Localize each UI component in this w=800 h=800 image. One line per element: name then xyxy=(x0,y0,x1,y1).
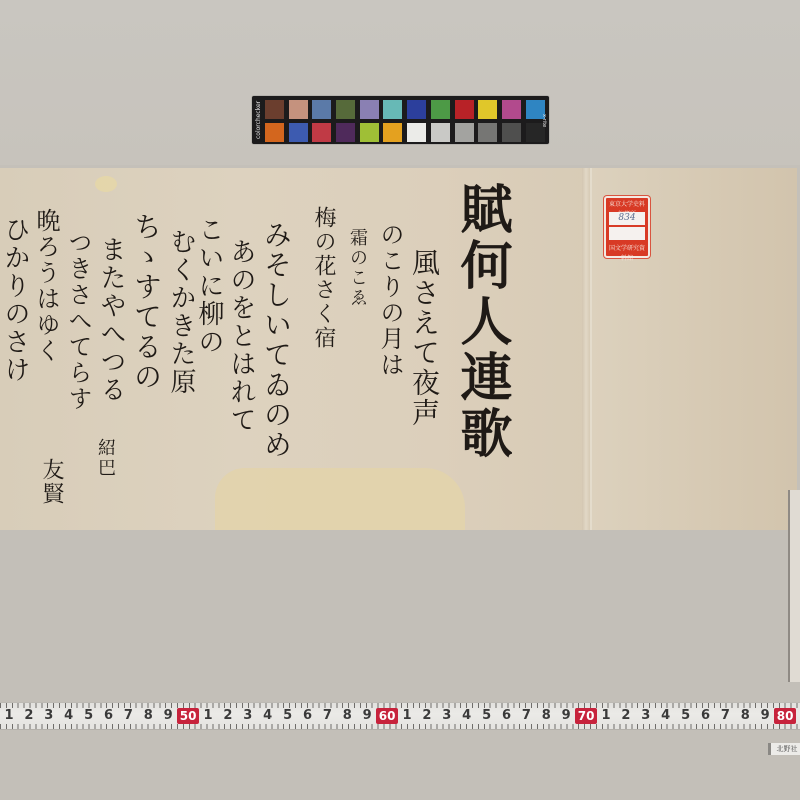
manuscript-title: 賦何人連歌 xyxy=(455,182,507,462)
verse-column: こいに柳の xyxy=(196,216,222,356)
color-patch xyxy=(265,100,284,119)
ruler-number: 4 xyxy=(261,708,275,724)
color-patch xyxy=(455,100,474,119)
color-patch xyxy=(478,123,497,142)
ruler-number: 6 xyxy=(500,708,514,724)
verse-column: 風さえて夜声 xyxy=(410,248,438,428)
ruler-number: 9 xyxy=(161,708,175,724)
paper-joint xyxy=(582,168,590,530)
ruler-number: 70 xyxy=(575,708,597,724)
ruler-number: 50 xyxy=(177,708,199,724)
color-patch xyxy=(407,123,426,142)
verse-column: またやへつる xyxy=(98,236,124,404)
ruler-number: 8 xyxy=(539,708,553,724)
ruler-number: 7 xyxy=(718,708,732,724)
ruler-number: 7 xyxy=(320,708,334,724)
ruler-number: 80 xyxy=(774,708,796,724)
ruler-number: 3 xyxy=(440,708,454,724)
label-blank-field xyxy=(609,227,645,240)
verse-column: 霜のこゑ xyxy=(348,228,366,308)
ruler-number: 1 xyxy=(400,708,414,724)
color-patch xyxy=(383,100,402,119)
verse-column: あのをとはれて xyxy=(228,238,254,434)
ruler-number: 60 xyxy=(376,708,398,724)
color-patch xyxy=(360,100,379,119)
ruler-number: 2 xyxy=(420,708,434,724)
color-checker-target: colorchecker x-rite xyxy=(252,96,549,144)
ruler-numbers: 1234567895012345678960123456789701234567… xyxy=(0,708,800,724)
institution-tag: 北野社 xyxy=(768,743,800,755)
color-patch xyxy=(502,100,521,119)
ruler-number: 9 xyxy=(758,708,772,724)
color-patch xyxy=(407,100,426,119)
verse-column: ひかりのさけ xyxy=(2,216,28,384)
color-patch xyxy=(336,100,355,119)
color-patch xyxy=(431,123,450,142)
ruler-number: 3 xyxy=(42,708,56,724)
ruler-number: 5 xyxy=(679,708,693,724)
ruler-number: 4 xyxy=(62,708,76,724)
ruler-number: 3 xyxy=(241,708,255,724)
verse-column: 梅の花さく宿 xyxy=(312,206,334,350)
verse-column: のこりの月は xyxy=(378,222,402,378)
color-patch xyxy=(336,123,355,142)
ruler-number: 8 xyxy=(340,708,354,724)
ruler-number: 6 xyxy=(102,708,116,724)
ruler-number: 2 xyxy=(221,708,235,724)
ruler-number: 6 xyxy=(301,708,315,724)
ruler-number: 4 xyxy=(659,708,673,724)
ruler-number: 2 xyxy=(22,708,36,724)
ruler-number: 1 xyxy=(599,708,613,724)
verse-column: ちゝすてるの xyxy=(132,212,160,392)
color-patch xyxy=(360,123,379,142)
ruler-number: 1 xyxy=(201,708,215,724)
ruler-number: 3 xyxy=(639,708,653,724)
ruler-number: 9 xyxy=(559,708,573,724)
ruler-number: 2 xyxy=(619,708,633,724)
ruler-number: 8 xyxy=(141,708,155,724)
checker-logo: x-rite xyxy=(539,110,547,132)
verse-column: つきさへてらす xyxy=(66,230,90,412)
ruler-number: 5 xyxy=(480,708,494,724)
stain-mark xyxy=(95,176,117,192)
verse-column: 晩ろうはゆく xyxy=(34,208,58,364)
ruler-number: 7 xyxy=(121,708,135,724)
ruler-number: 8 xyxy=(738,708,752,724)
backdrop-bottom xyxy=(0,530,800,800)
ruler-number: 5 xyxy=(281,708,295,724)
ruler-number: 7 xyxy=(519,708,533,724)
ruler-number: 6 xyxy=(699,708,713,724)
ruler-number: 5 xyxy=(82,708,96,724)
ruler-number: 4 xyxy=(460,708,474,724)
color-patch xyxy=(312,123,331,142)
manuscript-sheet: 賦何人連歌 風さえて夜声のこりの月は霜のこゑ梅の花さく宿みそしいてゐのめあのをと… xyxy=(0,168,795,530)
label-archive: 国文学研究資料館 xyxy=(608,244,646,254)
ruler-number: 1 xyxy=(2,708,16,724)
water-stain xyxy=(215,468,465,530)
ruler-ticks-bottom xyxy=(0,724,800,729)
adjacent-sheet-edge xyxy=(788,490,800,682)
color-patch xyxy=(383,123,402,142)
color-patch-grid xyxy=(265,100,545,142)
label-number: 834 xyxy=(609,212,645,225)
measuring-ruler: 1234567895012345678960123456789701234567… xyxy=(0,702,800,730)
color-patch xyxy=(289,123,308,142)
label-institution: 東京大学史料編纂所 xyxy=(608,200,646,210)
color-patch xyxy=(502,123,521,142)
color-patch xyxy=(431,100,450,119)
signature-text: 友賢 xyxy=(40,458,62,506)
color-patch xyxy=(455,123,474,142)
collection-label: 東京大学史料編纂所 834 国文学研究資料館 xyxy=(604,196,650,258)
color-patch xyxy=(265,123,284,142)
ruler-number: 9 xyxy=(360,708,374,724)
color-patch xyxy=(312,100,331,119)
color-patch xyxy=(478,100,497,119)
color-patch xyxy=(289,100,308,119)
signature-text: 紹巴 xyxy=(96,438,114,478)
verse-column: むくかきた原 xyxy=(168,228,194,396)
verse-column: みそしいてゐのめ xyxy=(262,220,290,460)
checker-brand-text: colorchecker xyxy=(254,100,264,140)
